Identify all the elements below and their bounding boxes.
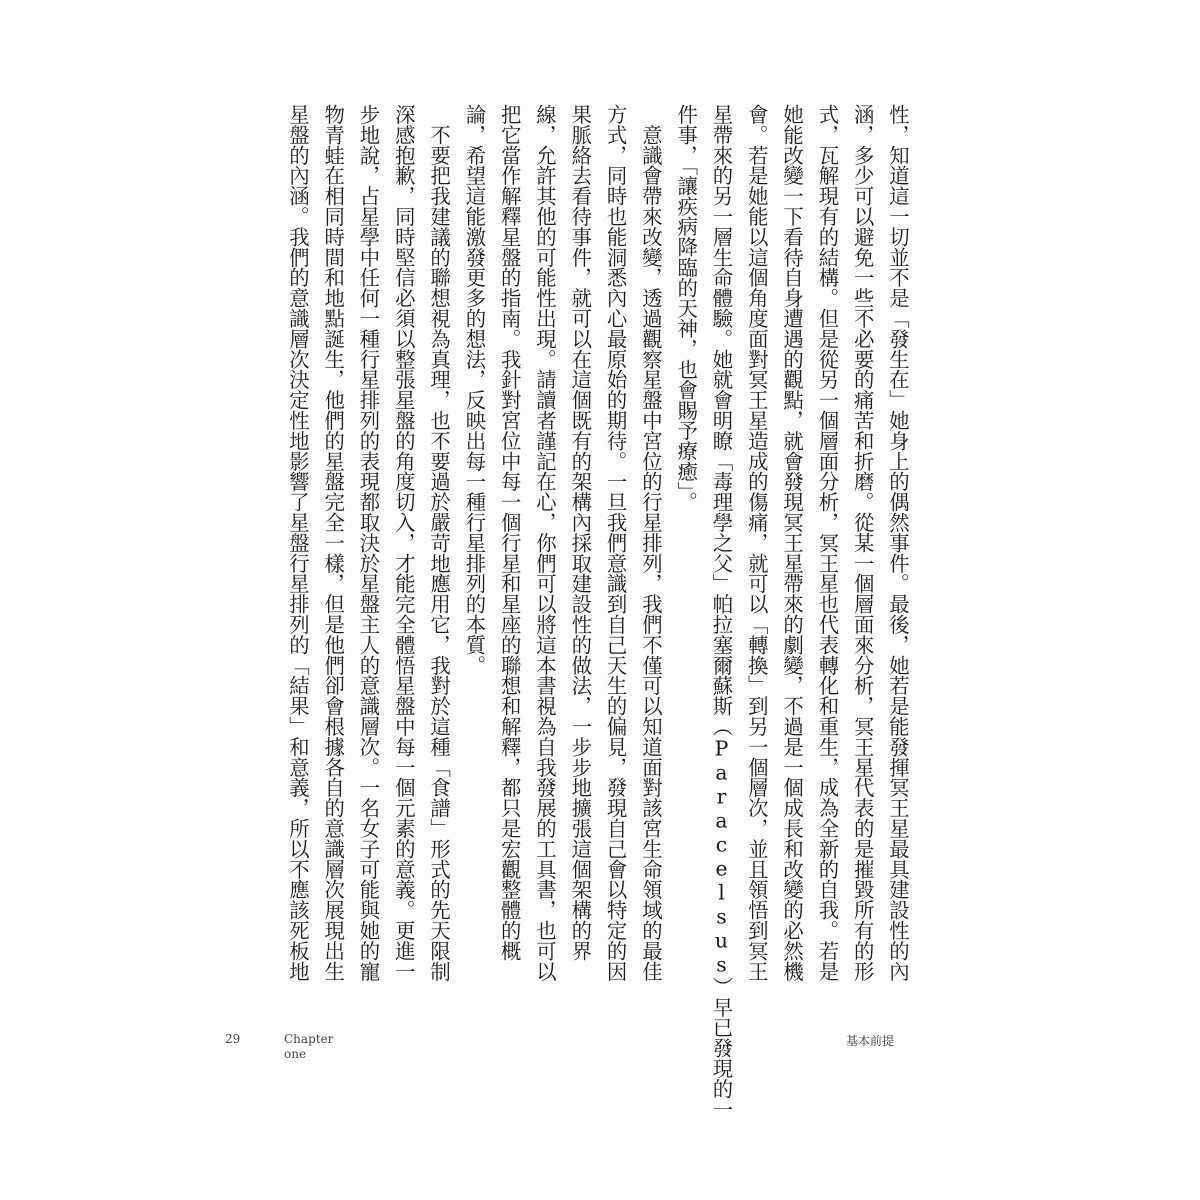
text-column: 式，瓦解現有的結構。但是從另一個層面分析，冥王星也代表轉化和重生，成為全新的自我… <box>812 104 842 981</box>
text-column: 論，希望這能激發更多的想法，反映出每一種行星排列的本質。 <box>459 104 489 675</box>
text-column: 把它當作解釋星盤的指南。我針對宮位中每一個行星和星座的聯想和解釋，都只是宏觀整體… <box>495 104 525 961</box>
vertical-text-body: 性，知道這一切並不是「發生在」她身上的偶然事件。最後，她若是能發揮冥王星最具建設… <box>283 104 913 994</box>
text-column: 物青蛙在相同時間和地點誕生，他們的星盤完全一樣，但是他們卻會根據各自的意識層次展… <box>318 104 348 981</box>
text-column: 線，允許其他的可能性出現。請讀者謹記在心，你們可以將這本書視為自我發展的工具書，… <box>530 104 560 981</box>
text-column: 會。若是她能以這個角度面對冥王星造成的傷痛，就可以「轉換」到另一個層次，並且領悟… <box>742 104 772 981</box>
text-column: 不要把我建議的聯想視為真理，也不要過於嚴苛地應用它，我對於這種「食譜」形式的先天… <box>424 104 454 981</box>
text-column: 深感抱歉，同時堅信必須以整張星盤的角度切入，才能完全體悟星盤中每一個元素的意義。… <box>389 104 419 981</box>
page-number: 29 <box>225 1032 240 1046</box>
section-title: 基本前提 <box>846 1032 894 1049</box>
text-column: 她能改變一下看待自身遭遇的觀點，就會發現冥王星帶來的劇變，不過是一個成長和改變的… <box>777 104 807 981</box>
text-column: 果脈絡去看待事件，就可以在這個既有的架構內採取建設性的做法，一步步地擴張這個架構… <box>565 104 595 961</box>
text-column: 件事，「讓疾病降臨的天神，也會賜予療癒」。 <box>671 104 701 512</box>
text-column: 涵，多少可以避免一些不必要的痛苦和折磨。從某一個層面來分析，冥王星代表的是摧毀所… <box>848 104 878 981</box>
text-column: 星帶來的另一層生命體驗。她就會明瞭「毒理學之父」帕拉塞爾蘇斯（Paracelsu… <box>707 104 737 1119</box>
text-column: 方式，同時也能洞悉內心最原始的期待。一旦我們意識到自己天生的偏見，發現自己會以特… <box>601 104 631 981</box>
text-column: 星盤的內涵。我們的意識層次決定性地影響了星盤行星排列的「結果」和意義，所以不應該… <box>283 104 313 981</box>
chapter-label: Chapter one <box>284 1032 344 1062</box>
text-column: 性，知道這一切並不是「發生在」她身上的偶然事件。最後，她若是能發揮冥王星最具建設… <box>883 104 913 981</box>
text-column: 步地說，占星學中任何一種行星排列的表現都取決於星盤主人的意識層次。一名女子可能與… <box>354 104 384 981</box>
text-column: 意識會帶來改變，透過觀察星盤中宮位的行星排列，我們不僅可以知道面對該宮生命領域的… <box>636 104 666 981</box>
